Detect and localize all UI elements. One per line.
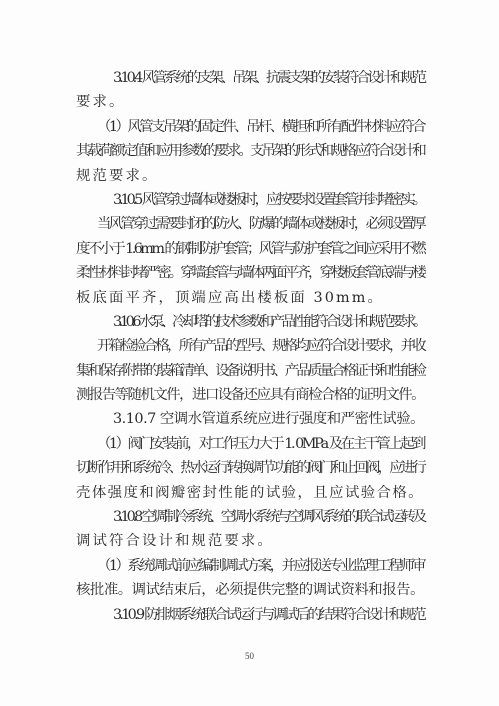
text-line: 柔性材料封堵严密。穿墙套管与墙体两面平齐，穿楼板套管底端与楼: [76, 261, 424, 285]
section-heading-3-10-8: 3.10.8 空调制冷系统、空调水系统与空调风系统的联合试运转及: [76, 505, 424, 529]
section-heading-3-10-7: 3.10.7 空调水管道系统应进行强度和严密性试验。: [76, 407, 424, 431]
list-item-1: （1）风管支吊架的固定件、吊杆、横担和所有配件材料应符合: [76, 115, 424, 139]
text-line: 度不小于 1.6mm 的钢制防护套管；风管与防护套管之间应采用不燃: [76, 237, 424, 261]
section-heading-3-10-9: 3.10.9 防排烟系统联合试运行与调试后的结果符合设计和规范: [76, 603, 424, 627]
text-line: 壳体强度和阀瓣密封性能的试验，且应试验合格。: [76, 481, 424, 505]
document-page: 3.10.4 风管系统的支架、吊架、抗震支架的安装符合设计和规范 要求。 （1）…: [0, 0, 499, 706]
text-line: 规范要求。: [76, 164, 424, 188]
section-heading-3-10-6: 3.10.6 水泵、冷却塔的技术参数和产品性能符合设计和规范要求。: [76, 310, 424, 334]
paragraph-line: 当风管穿过需要封闭的防火、防爆的墙体或楼板时，必须设置厚: [76, 212, 424, 236]
page-body: 3.10.4 风管系统的支架、吊架、抗震支架的安装符合设计和规范 要求。 （1）…: [76, 66, 424, 627]
text-line: 调试符合设计和规范要求。: [76, 529, 424, 553]
page-number: 50: [0, 651, 499, 661]
text-line: 板底面平齐，顶端应高出楼板面 30mm。: [76, 286, 424, 310]
text-line: 集和保存附带的装箱清单、设备说明书、产品质量合格证书和性能检: [76, 359, 424, 383]
section-heading-3-10-4: 3.10.4 风管系统的支架、吊架、抗震支架的安装符合设计和规范: [76, 66, 424, 90]
section-heading-3-10-5: 3.10.5 风管穿过墙体或楼板时，应按要求设置套管并封堵密实。: [76, 188, 424, 212]
text-line: 切断作用和系统冷、热水运行转换调节功能的阀门和止回阀，应进行: [76, 456, 424, 480]
list-item-1: （1）阀门安装前，对工作压力大于 1. 0MPa 及在主干管上起到: [76, 432, 424, 456]
text-line: 测报告等随机文件，进口设备还应具有商检合格的证明文件。: [76, 383, 424, 407]
text-line: 其载荷额定值和应用参数的要求。支吊架的形式和规格应符合设计和: [76, 139, 424, 163]
text-line: 核批准。调试结束后，必须提供完整的调试资料和报告。: [76, 578, 424, 602]
text-line: 要求。: [76, 90, 424, 114]
paragraph-line: 开箱检验合格，所有产品的型号、规格均应符合设计要求，并收: [76, 334, 424, 358]
list-item-1: （1）系统调试前应编制调试方案，并应报送专业监理工程师审: [76, 554, 424, 578]
